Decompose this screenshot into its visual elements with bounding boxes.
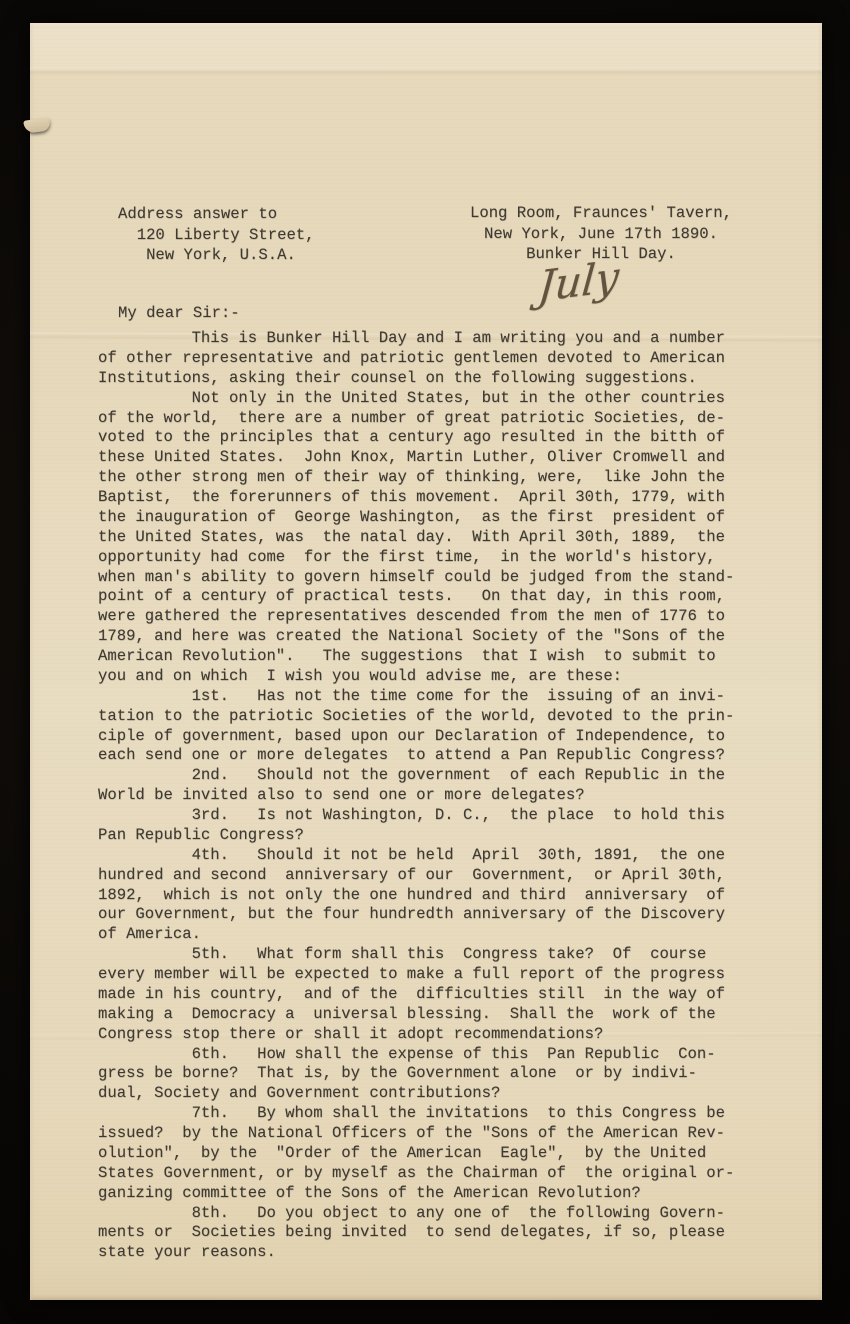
paper-tab (23, 117, 51, 133)
photo-background: Address answer to 120 Liberty Street, Ne… (0, 0, 850, 1324)
letter-paper: Address answer to 120 Liberty Street, Ne… (30, 23, 822, 1300)
return-address: Address answer to 120 Liberty Street, Ne… (118, 204, 315, 266)
letter-body: This is Bunker Hill Day and I am writing… (98, 329, 734, 1263)
handwritten-july-note: July (536, 256, 620, 309)
salutation: My dear Sir:- (118, 304, 240, 324)
fold-crease-top (30, 67, 822, 75)
